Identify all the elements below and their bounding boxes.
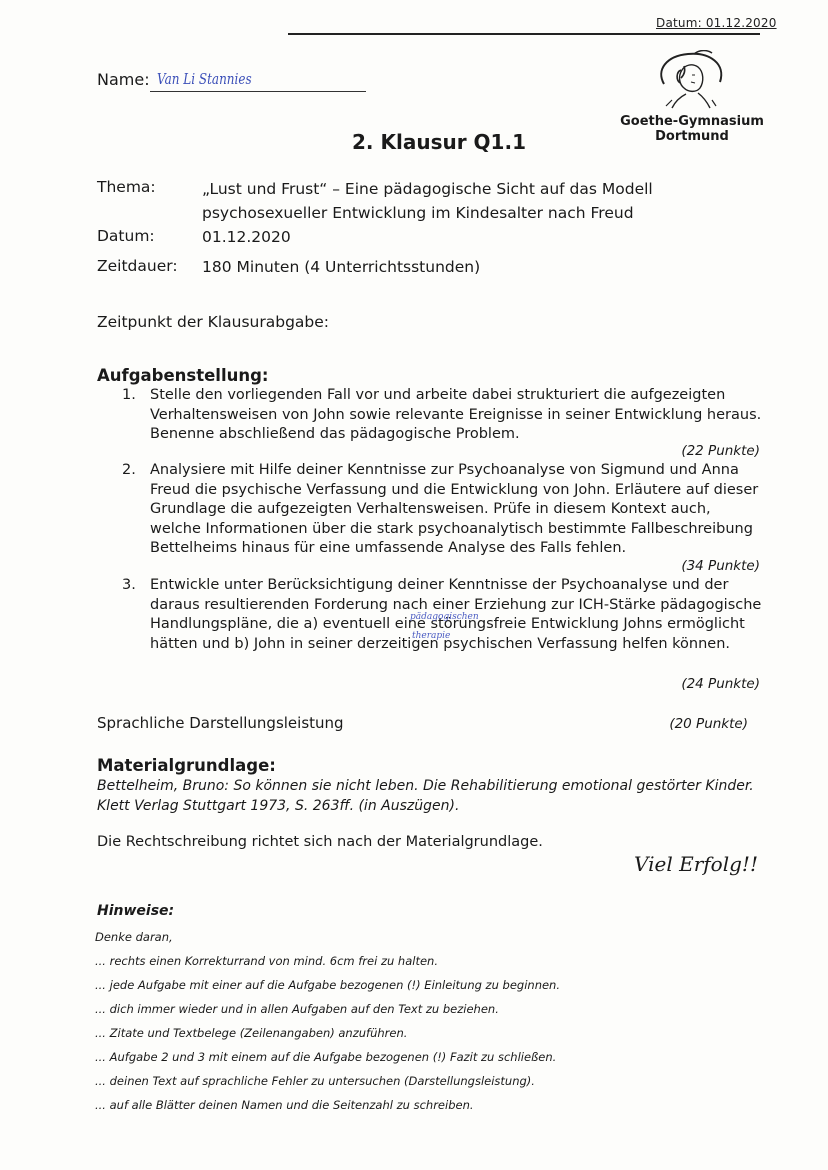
hinweise-item: ... auf alle Blätter deinen Namen und di… [95,1098,474,1112]
handwritten-note: therapie [412,631,450,641]
page-title: 2. Klausur Q1.1 [0,130,828,154]
hinweise-heading: Hinweise: [97,903,174,919]
task-2-points: (34 Punkte) [681,558,760,574]
task-text: Stelle den vorliegenden Fall vor und arb… [150,386,762,445]
material-citation: Bettelheim, Bruno: So können sie nicht l… [97,776,777,816]
zeitdauer-label: Zeitdauer: [97,257,178,275]
task-2: 2. Analysiere mit Hilfe deiner Kenntniss… [122,461,762,559]
task-1: 1. Stelle den vorliegenden Fall vor und … [122,386,762,445]
hinweise-item: ... dich immer wieder und in allen Aufga… [95,1002,499,1016]
datum-value: 01.12.2020 [202,225,782,249]
header-rule [288,33,760,35]
zeitdauer-value: 180 Minuten (4 Unterrichtsstunden) [202,255,782,279]
spelling-note: Die Rechtschreibung richtet sich nach de… [97,834,543,850]
datum-label: Datum: [97,227,155,245]
task-number: 3. [122,576,136,596]
closing-wish: Viel Erfolg!! [634,852,758,876]
hinweise-item: ... Aufgabe 2 und 3 mit einem auf die Au… [95,1050,556,1064]
sprachlich-label: Sprachliche Darstellungsleistung [97,714,344,732]
sprachlich-points: (20 Punkte) [669,716,748,732]
header-date: Datum: 01.12.2020 [656,16,777,30]
aufgaben-heading: Aufgabenstellung: [97,366,269,385]
name-label: Name: [97,70,150,89]
task-3-points: (24 Punkte) [681,676,760,692]
task-number: 1. [122,386,136,406]
goethe-portrait-icon [654,50,730,112]
hinweise-item: ... jede Aufgabe mit einer auf die Aufga… [95,978,560,992]
hinweise-item: ... deinen Text auf sprachliche Fehler z… [95,1074,535,1088]
hinweise-intro: Denke daran, [95,930,173,944]
handwritten-note: pädagogischen [410,612,479,622]
task-number: 2. [122,461,136,481]
abgabe-label: Zeitpunkt der Klausurabgabe: [97,313,329,331]
hinweise-item: ... Zitate und Textbelege (Zeilenangaben… [95,1026,407,1040]
name-underline [150,91,366,92]
school-name: Goethe-Gymnasium [612,114,772,129]
thema-label: Thema: [97,178,156,196]
name-field[interactable]: Van Li Stannies [157,70,252,88]
hinweise-item: ... rechts einen Korrekturrand von mind.… [95,954,438,968]
task-1-points: (22 Punkte) [681,443,760,459]
thema-value: „Lust und Frust“ – Eine pädagogische Sic… [202,177,772,225]
material-heading: Materialgrundlage: [97,756,276,775]
task-text: Analysiere mit Hilfe deiner Kenntnisse z… [150,461,762,559]
